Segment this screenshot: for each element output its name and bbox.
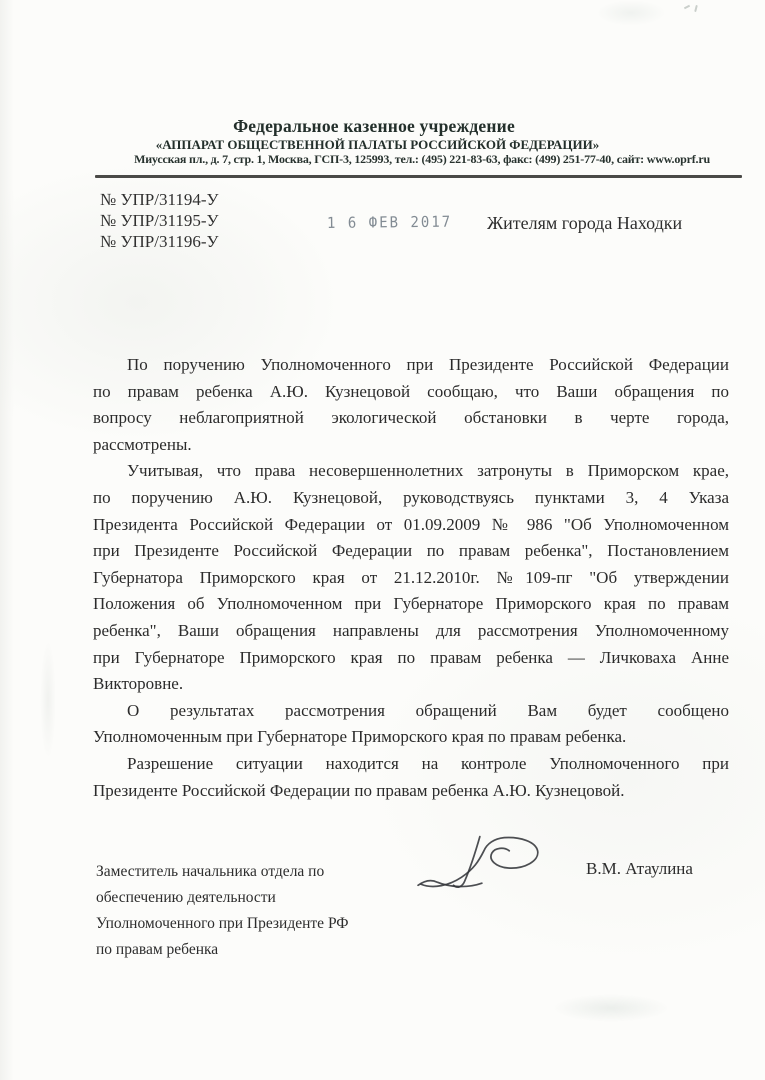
body-line: ребенка", Ваши обращения направлены для … xyxy=(93,618,729,645)
signatory-name: В.М. Атаулина xyxy=(586,859,693,879)
body-line: по поручению А.Ю. Кузнецовой, руководств… xyxy=(93,485,729,512)
org-type-line: Федеральное казенное учреждение xyxy=(94,117,654,136)
body-line: при Президенте Российской Федерации по п… xyxy=(93,538,729,565)
body-line: Уполномоченным при Губернаторе Приморско… xyxy=(93,724,729,751)
body-line: О результатах рассмотрения обращений Вам… xyxy=(93,698,729,725)
signatory-position-line: обеспечению деятельности xyxy=(96,885,426,911)
letter-body: По поручению Уполномоченного при Президе… xyxy=(93,352,729,804)
addressee: Жителям города Находки xyxy=(487,213,682,234)
date-stamp: 1 6 ФЕВ 2017 xyxy=(327,214,452,233)
body-line: Президента Российской Федерации от 01.09… xyxy=(93,512,729,539)
paragraph: Разрешение ситуации находится на контрол… xyxy=(93,751,729,804)
org-name-line: «АППАРАТ ОБЩЕСТВЕННОЙ ПАЛАТЫ РОССИЙСКОЙ … xyxy=(90,138,665,152)
signatory-position-line: Заместитель начальника отдела по xyxy=(96,859,426,885)
body-line: вопросу неблагоприятной экологической об… xyxy=(93,405,729,432)
body-line: по правам ребенка А.Ю. Кузнецовой сообща… xyxy=(93,379,729,406)
body-line: при Губернаторе Приморского края по прав… xyxy=(93,645,729,672)
scan-noise xyxy=(596,0,666,26)
body-line: рассмотрены. xyxy=(93,432,729,459)
scan-noise xyxy=(552,994,670,1022)
header-divider xyxy=(95,175,742,178)
signatory-position-line: Уполномоченного при Президенте РФ xyxy=(96,911,426,937)
body-line: Разрешение ситуации находится на контрол… xyxy=(93,751,729,778)
signatory-position-line: по правам ребенка xyxy=(96,937,426,963)
body-line: Президенте Российской Федерации по права… xyxy=(93,778,729,805)
body-line: Положения об Уполномоченном при Губернат… xyxy=(93,591,729,618)
paragraph: По поручению Уполномоченного при Президе… xyxy=(93,352,729,458)
pencil-marks xyxy=(684,3,706,17)
reference-number-2: № УПР/31195-У xyxy=(100,211,219,232)
reference-number-3: № УПР/31196-У xyxy=(100,232,219,253)
scan-noise xyxy=(40,640,56,760)
paragraph: Учитывая, что права несовершеннолетних з… xyxy=(93,458,729,697)
reference-number-1: № УПР/31194-У xyxy=(100,190,219,211)
body-line: По поручению Уполномоченного при Президе… xyxy=(93,352,729,379)
paragraph: О результатах рассмотрения обращений Вам… xyxy=(93,698,729,751)
body-line: Учитывая, что права несовершеннолетних з… xyxy=(93,458,729,485)
body-line: Викторовне. xyxy=(93,671,729,698)
handwritten-signature xyxy=(415,832,567,898)
reference-numbers: № УПР/31194-У № УПР/31195-У № УПР/31196-… xyxy=(100,190,219,252)
body-line: Губернатора Приморского края от 21.12.20… xyxy=(93,565,729,592)
org-contacts-line: Миусская пл., д. 7, стр. 1, Москва, ГСП-… xyxy=(92,152,752,166)
signatory-position: Заместитель начальника отдела по обеспеч… xyxy=(96,859,426,963)
scanned-letter-page: Федеральное казенное учреждение «АППАРАТ… xyxy=(0,0,765,1080)
